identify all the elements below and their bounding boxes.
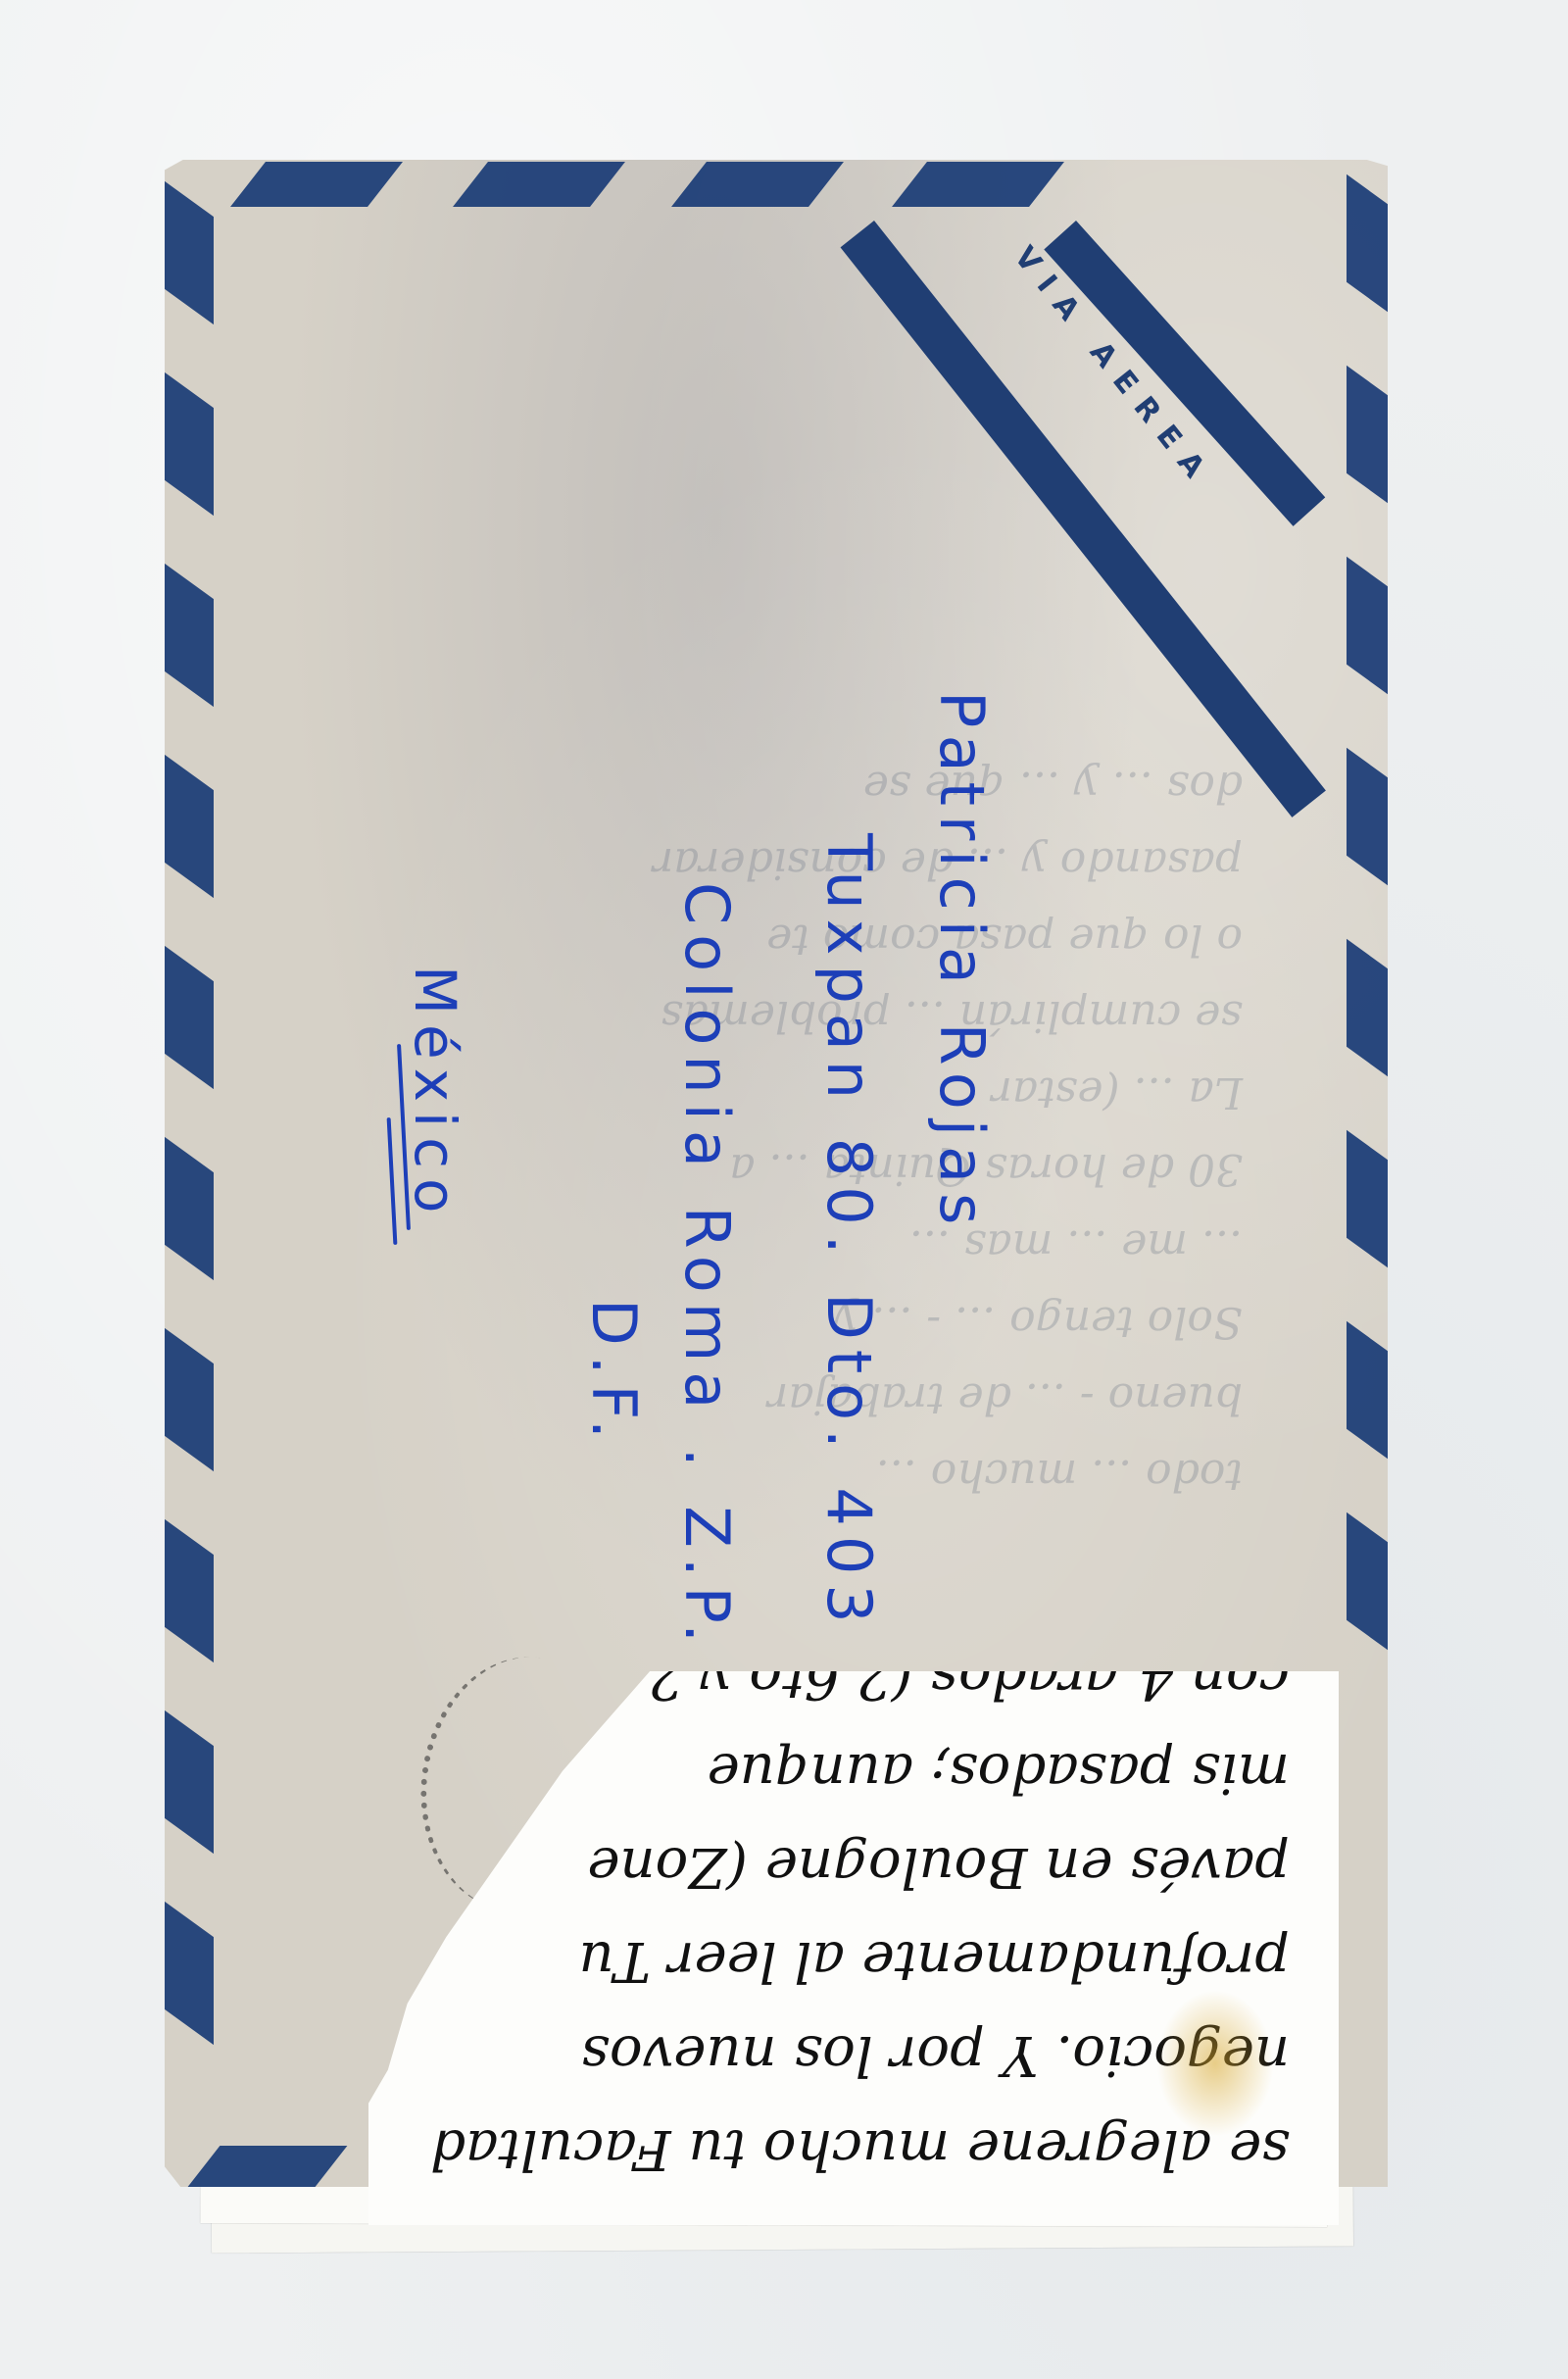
ghost-line: dos ... y ... que se — [361, 748, 1243, 824]
airmail-stripe — [165, 1328, 214, 1471]
airmail-stripe — [230, 162, 403, 207]
airmail-stripe — [165, 755, 214, 898]
airmail-stripe — [165, 1902, 214, 2045]
airmail-stripe — [671, 162, 844, 207]
address-country: México — [407, 966, 464, 1223]
airmail-stripe — [165, 1710, 214, 1854]
airmail-stripe — [1347, 1321, 1388, 1460]
stain-mark — [1156, 1990, 1274, 2137]
ghost-line: pasando y ... de considerar — [361, 824, 1243, 901]
airmail-stripe — [165, 946, 214, 1089]
airmail-stripe — [453, 162, 625, 207]
address-colony: Colonia Roma . Z.P. 7 — [676, 882, 737, 1730]
ghost-line: ... me ... mas ... — [361, 1207, 1243, 1283]
airmail-stripe — [1347, 748, 1388, 886]
airmail-stripe — [892, 162, 1064, 207]
ghost-line: o lo que pasa como te — [361, 901, 1243, 977]
airmail-stripe — [1347, 557, 1388, 695]
airmail-stripe — [1347, 939, 1388, 1077]
ghost-line: se cumplirán ... problemas — [361, 977, 1243, 1054]
airmail-stripe — [1347, 366, 1388, 504]
airmail-stripe — [165, 181, 214, 324]
address-street: Tuxpan 80. Dto. 403 — [818, 833, 879, 1633]
ghost-line: bueno - ... de trabajar — [361, 1360, 1243, 1436]
see-through-letter-writing: todo ... mucho ... bueno - ... de trabaj… — [361, 748, 1243, 1512]
ghost-line: Solo tengo ... - ... y — [361, 1283, 1243, 1360]
ghost-line: La ... (estar — [361, 1054, 1243, 1130]
airmail-stripe — [1347, 1512, 1388, 1651]
airmail-stripe — [1347, 174, 1388, 313]
airmail-stripe — [188, 2146, 348, 2187]
letter-line: se alegrene mucho tu Facultad — [408, 2102, 1290, 2196]
airmail-stripe — [165, 1519, 214, 1662]
airmail-stripe — [1347, 1130, 1388, 1268]
letter-line: profundamente al leer Tu — [408, 1913, 1290, 2007]
airmail-stripe — [165, 564, 214, 707]
address-city: D.F. — [583, 1299, 644, 1449]
recipient-name: Patricia Rojas — [931, 691, 992, 1234]
ghost-line: todo ... mucho ... — [361, 1436, 1243, 1512]
ghost-line: 30 de horas Quinta ... a — [361, 1130, 1243, 1207]
letter-line: pavés en Boulogne (Zone — [408, 1819, 1290, 1913]
airmail-stripe — [165, 1137, 214, 1280]
airmail-stripe — [165, 372, 214, 516]
